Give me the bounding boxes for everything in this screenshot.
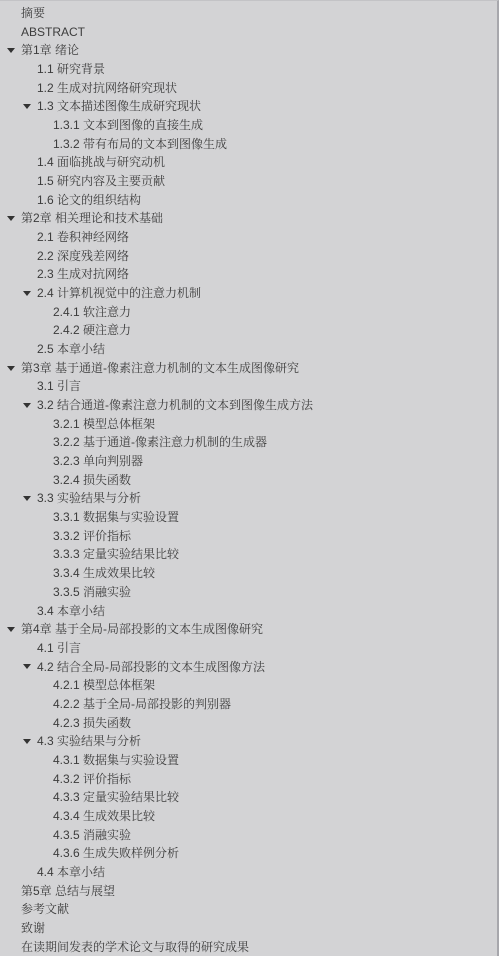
- outline-item-label: 4.3.5 消融实验: [53, 826, 131, 845]
- outline-item-label: 2.1 卷积神经网络: [37, 228, 129, 247]
- collapse-toggle-icon[interactable]: [7, 366, 15, 371]
- outline-item[interactable]: 2.4.2 硬注意力: [0, 321, 497, 340]
- outline-item[interactable]: 3.4 本章小结: [0, 602, 497, 621]
- outline-item[interactable]: 3.2.2 基于通道-像素注意力机制的生成器: [0, 433, 497, 452]
- outline-item[interactable]: 2.4.1 软注意力: [0, 303, 497, 322]
- outline-item[interactable]: 2.3 生成对抗网络: [0, 265, 497, 284]
- outline-item-label: 1.6 论文的组织结构: [37, 191, 141, 210]
- outline-item[interactable]: 第4章 基于全局-局部投影的文本生成图像研究: [0, 620, 497, 639]
- outline-item-label: 3.3 实验结果与分析: [37, 489, 141, 508]
- outline-item-label: 第4章 基于全局-局部投影的文本生成图像研究: [21, 620, 263, 639]
- outline-item-label: 1.5 研究内容及主要贡献: [37, 172, 165, 191]
- outline-item[interactable]: 1.3 文本描述图像生成研究现状: [0, 97, 497, 116]
- outline-item[interactable]: 3.2 结合通道-像素注意力机制的文本到图像生成方法: [0, 396, 497, 415]
- outline-item-label: 3.4 本章小结: [37, 602, 105, 621]
- outline-item[interactable]: 3.2.3 单向判别器: [0, 452, 497, 471]
- outline-item-label: 4.3.1 数据集与实验设置: [53, 751, 179, 770]
- outline-item[interactable]: 3.3.2 评价指标: [0, 527, 497, 546]
- outline-item-label: 4.2.1 模型总体框架: [53, 676, 155, 695]
- outline-item[interactable]: 4.3.4 生成效果比较: [0, 807, 497, 826]
- outline-item[interactable]: 3.2.4 损失函数: [0, 471, 497, 490]
- outline-item-label: 1.3.2 带有布局的文本到图像生成: [53, 135, 227, 154]
- outline-item[interactable]: 4.2.3 损失函数: [0, 714, 497, 733]
- outline-item-label: ABSTRACT: [21, 23, 85, 42]
- outline-item[interactable]: 2.5 本章小结: [0, 340, 497, 359]
- outline-item-label: 4.4 本章小结: [37, 863, 105, 882]
- outline-item[interactable]: 在读期间发表的学术论文与取得的研究成果: [0, 938, 497, 956]
- outline-item[interactable]: 第2章 相关理论和技术基础: [0, 209, 497, 228]
- collapse-toggle-icon[interactable]: [23, 496, 31, 501]
- outline-item[interactable]: 1.6 论文的组织结构: [0, 191, 497, 210]
- outline-item[interactable]: 3.3.5 消融实验: [0, 583, 497, 602]
- outline-item[interactable]: 4.3.3 定量实验结果比较: [0, 788, 497, 807]
- outline-item-label: 3.3.4 生成效果比较: [53, 564, 155, 583]
- outline-item-label: 3.1 引言: [37, 377, 81, 396]
- outline-item[interactable]: 3.2.1 模型总体框架: [0, 415, 497, 434]
- outline-item-label: 3.3.2 评价指标: [53, 527, 131, 546]
- collapse-toggle-icon[interactable]: [7, 627, 15, 632]
- outline-item[interactable]: 4.4 本章小结: [0, 863, 497, 882]
- outline-item-label: 4.3.4 生成效果比较: [53, 807, 155, 826]
- collapse-toggle-icon[interactable]: [23, 104, 31, 109]
- outline-item-label: 3.2 结合通道-像素注意力机制的文本到图像生成方法: [37, 396, 313, 415]
- outline-item-label: 2.4 计算机视觉中的注意力机制: [37, 284, 201, 303]
- outline-item-label: 致谢: [21, 919, 45, 938]
- outline-item-label: 4.1 引言: [37, 639, 81, 658]
- outline-item-label: 2.4.2 硬注意力: [53, 321, 131, 340]
- outline-item-label: 3.3.1 数据集与实验设置: [53, 508, 179, 527]
- outline-item-label: 2.4.1 软注意力: [53, 303, 131, 322]
- outline-item[interactable]: 1.1 研究背景: [0, 60, 497, 79]
- outline-item-label: 3.3.3 定量实验结果比较: [53, 545, 179, 564]
- outline-item[interactable]: 1.3.1 文本到图像的直接生成: [0, 116, 497, 135]
- outline-item-label: 1.1 研究背景: [37, 60, 105, 79]
- outline-item-label: 4.3 实验结果与分析: [37, 732, 141, 751]
- outline-item-label: 1.2 生成对抗网络研究现状: [37, 79, 177, 98]
- outline-item-label: 3.2.3 单向判别器: [53, 452, 143, 471]
- outline-item-label: 1.4 面临挑战与研究动机: [37, 153, 165, 172]
- outline-item[interactable]: 第1章 绪论: [0, 41, 497, 60]
- outline-item-label: 4.2.2 基于全局-局部投影的判别器: [53, 695, 231, 714]
- outline-item[interactable]: 1.2 生成对抗网络研究现状: [0, 79, 497, 98]
- outline-item[interactable]: 1.3.2 带有布局的文本到图像生成: [0, 135, 497, 154]
- outline-item[interactable]: ABSTRACT: [0, 23, 497, 42]
- outline-item[interactable]: 1.4 面临挑战与研究动机: [0, 153, 497, 172]
- outline-item[interactable]: 1.5 研究内容及主要贡献: [0, 172, 497, 191]
- outline-item[interactable]: 4.3.1 数据集与实验设置: [0, 751, 497, 770]
- outline-item-label: 3.2.2 基于通道-像素注意力机制的生成器: [53, 433, 267, 452]
- outline-item-label: 4.3.2 评价指标: [53, 770, 131, 789]
- outline-item[interactable]: 3.3 实验结果与分析: [0, 489, 497, 508]
- outline-item[interactable]: 第5章 总结与展望: [0, 882, 497, 901]
- collapse-toggle-icon[interactable]: [23, 291, 31, 296]
- outline-tree: 摘要 ABSTRACT 第1章 绪论 1.1 研究背景 1.2 生成对抗网络研究…: [0, 4, 497, 956]
- outline-item[interactable]: 3.3.4 生成效果比较: [0, 564, 497, 583]
- collapse-toggle-icon[interactable]: [7, 216, 15, 221]
- collapse-toggle-icon[interactable]: [7, 48, 15, 53]
- outline-item-label: 2.2 深度残差网络: [37, 247, 129, 266]
- outline-item-label: 3.3.5 消融实验: [53, 583, 131, 602]
- collapse-toggle-icon[interactable]: [23, 739, 31, 744]
- collapse-toggle-icon[interactable]: [23, 403, 31, 408]
- outline-item-label: 4.2.3 损失函数: [53, 714, 131, 733]
- outline-item-label: 3.2.1 模型总体框架: [53, 415, 155, 434]
- outline-item-label: 4.2 结合全局-局部投影的文本生成图像方法: [37, 658, 265, 677]
- outline-item-label: 在读期间发表的学术论文与取得的研究成果: [21, 938, 249, 956]
- outline-panel: 摘要 ABSTRACT 第1章 绪论 1.1 研究背景 1.2 生成对抗网络研究…: [0, 0, 499, 956]
- outline-item[interactable]: 参考文献: [0, 900, 497, 919]
- collapse-toggle-icon[interactable]: [23, 664, 31, 669]
- outline-item[interactable]: 第3章 基于通道-像素注意力机制的文本生成图像研究: [0, 359, 497, 378]
- outline-item[interactable]: 3.1 引言: [0, 377, 497, 396]
- outline-item[interactable]: 4.2.1 模型总体框架: [0, 676, 497, 695]
- outline-item-label: 1.3 文本描述图像生成研究现状: [37, 97, 201, 116]
- outline-item[interactable]: 4.3.2 评价指标: [0, 770, 497, 789]
- outline-item[interactable]: 4.3.6 生成失败样例分析: [0, 844, 497, 863]
- outline-item-label: 1.3.1 文本到图像的直接生成: [53, 116, 203, 135]
- outline-item[interactable]: 4.3 实验结果与分析: [0, 732, 497, 751]
- outline-item[interactable]: 摘要: [0, 4, 497, 23]
- outline-item-label: 第5章 总结与展望: [21, 882, 115, 901]
- outline-item-label: 摘要: [21, 4, 45, 23]
- outline-item-label: 参考文献: [21, 900, 69, 919]
- outline-item-label: 3.2.4 损失函数: [53, 471, 131, 490]
- outline-item[interactable]: 4.2.2 基于全局-局部投影的判别器: [0, 695, 497, 714]
- outline-item[interactable]: 3.3.3 定量实验结果比较: [0, 545, 497, 564]
- outline-item[interactable]: 3.3.1 数据集与实验设置: [0, 508, 497, 527]
- outline-item[interactable]: 2.2 深度残差网络: [0, 247, 497, 266]
- outline-item-label: 4.3.3 定量实验结果比较: [53, 788, 179, 807]
- outline-item-label: 第1章 绪论: [21, 41, 79, 60]
- outline-item[interactable]: 2.1 卷积神经网络: [0, 228, 497, 247]
- outline-item-label: 4.3.6 生成失败样例分析: [53, 844, 179, 863]
- outline-item-label: 第3章 基于通道-像素注意力机制的文本生成图像研究: [21, 359, 299, 378]
- outline-item-label: 第2章 相关理论和技术基础: [21, 209, 163, 228]
- outline-item-label: 2.3 生成对抗网络: [37, 265, 129, 284]
- outline-item[interactable]: 4.3.5 消融实验: [0, 826, 497, 845]
- outline-item[interactable]: 4.1 引言: [0, 639, 497, 658]
- outline-item[interactable]: 2.4 计算机视觉中的注意力机制: [0, 284, 497, 303]
- outline-item-label: 2.5 本章小结: [37, 340, 105, 359]
- outline-item[interactable]: 致谢: [0, 919, 497, 938]
- outline-item[interactable]: 4.2 结合全局-局部投影的文本生成图像方法: [0, 658, 497, 677]
